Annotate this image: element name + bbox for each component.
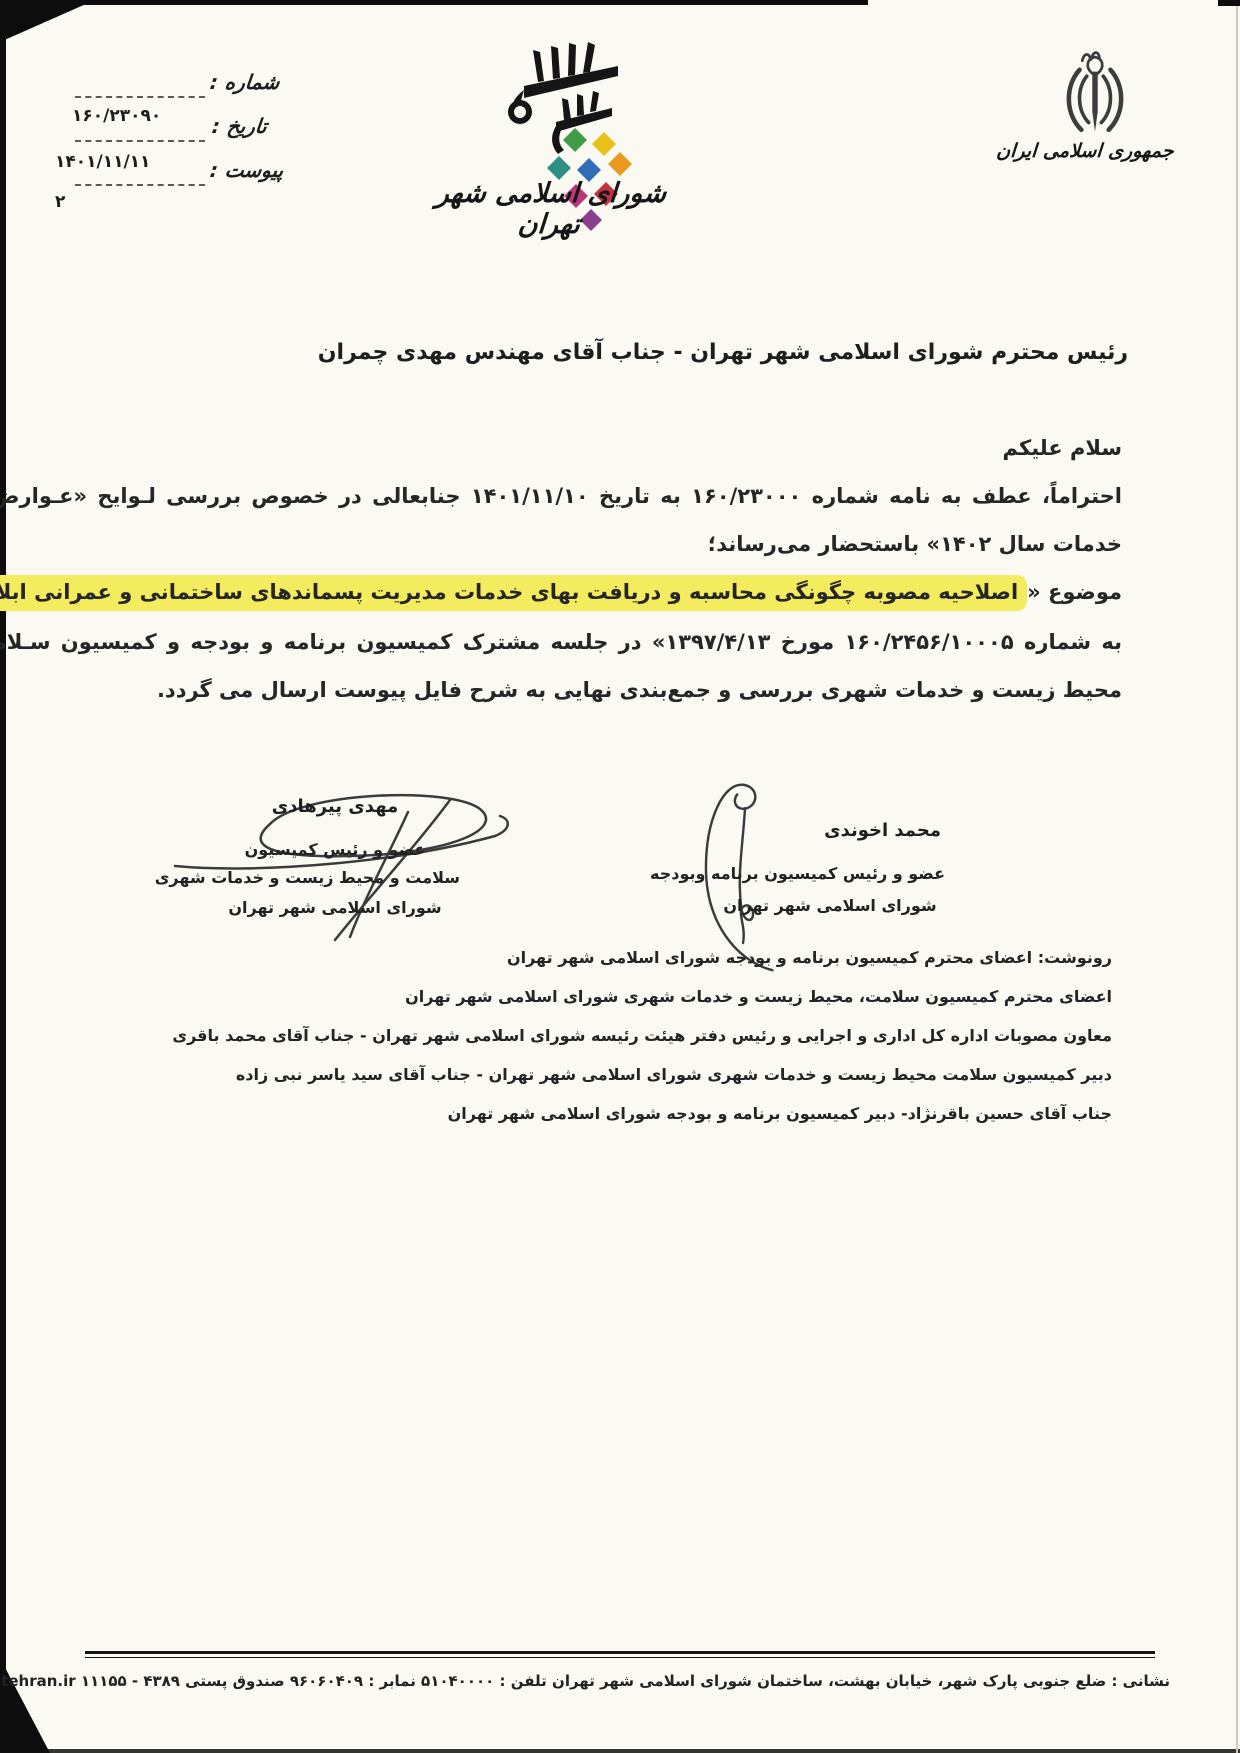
meta-date-value: ۱۴۰۱/۱۱/۱۱	[55, 152, 150, 172]
scan-artifact-right-line	[1236, 0, 1238, 1753]
iran-emblem-icon	[1048, 48, 1142, 148]
meta-date-label: تاریخ :	[211, 114, 268, 138]
letter-salutation: سلام علیکم	[1003, 436, 1122, 460]
letter-paragraph1-line2: خدمات سال ۱۴۰۲» باستحضار می‌رساند؛	[708, 532, 1122, 556]
signature-right-title2: شورای اسلامی شهر تهران	[695, 896, 945, 915]
scan-artifact-bottom-line	[0, 1749, 1240, 1753]
signature-right-name: محمد اخوندی	[695, 820, 945, 841]
signature-left-title3: شورای اسلامی شهر تهران	[210, 898, 460, 917]
signature-left-title2: سلامت و محیط زیست و خدمات شهری	[210, 868, 460, 887]
meta-attachment-dashes	[75, 182, 205, 186]
scan-artifact-left-strip	[0, 0, 6, 1753]
meta-attachment-value: ۲	[55, 192, 65, 212]
cc-line-2: اعضای محترم کمیسیون سلامت، محیط زیست و خ…	[405, 987, 1112, 1006]
cc-line-3: معاون مصوبات اداره کل اداری و اجرایی و ر…	[172, 1026, 1112, 1045]
signature-left-title1: عضو و رئیس کمیسیون	[210, 840, 460, 859]
cc-line-1: رونوشت: اعضای محترم کمیسیون برنامه و بود…	[507, 948, 1112, 967]
meta-number-value: ۱۶۰/۲۳۰۹۰	[72, 106, 161, 126]
footer-address: نشانی : ضلع جنوبی پارک شهر، خیابان بهشت،…	[81, 1672, 1170, 1690]
letter-paragraph1-line1: احتراماً، عطف به نامه شماره ۱۶۰/۲۳۰۰۰ به…	[0, 484, 1122, 508]
scanned-letter-page: شماره : ۱۶۰/۲۳۰۹۰ تاریخ : ۱۴۰۱/۱۱/۱۱ پیو…	[0, 0, 1240, 1753]
footer-address-line: نشانی : ضلع جنوبی پارک شهر، خیابان بهشت،…	[70, 1672, 1170, 1690]
signature-right-title1: عضو و رئیس کمیسیون برنامه وبودجه	[695, 864, 945, 883]
letter-paragraph2-line2: به شماره ۱۶۰/۲۴۵۶/۱۰۰۰۵ مورخ ۱۳۹۷/۴/۱۳» …	[0, 630, 1122, 654]
council-logo-caption: شورای اسلامی شهر تهران	[398, 178, 702, 240]
scan-artifact-top-right-tick	[1218, 0, 1240, 6]
meta-number-dashes	[75, 94, 205, 98]
letter-subject-prefix: موضوع «	[1027, 580, 1122, 604]
footer-divider	[85, 1651, 1155, 1658]
cc-line-4: دبیر کمیسیون سلامت محیط زیست و خدمات شهر…	[236, 1065, 1112, 1084]
iran-emblem-caption: جمهوری اسلامی ایران	[984, 140, 1186, 162]
cc-line-5: جناب آقای حسین باقرنژاد- دبیر کمیسیون بر…	[448, 1104, 1112, 1123]
letter-subject-highlighted-text: اصلاحیه مصوبه چگونگی محاسبه و دریافت بها…	[0, 575, 1027, 611]
letter-addressee: رئیس محترم شورای اسلامی شهر تهران - جناب…	[318, 340, 1128, 365]
letter-paragraph2-line3: محیط زیست و خدمات شهری بررسی و جمع‌بندی …	[157, 678, 1122, 702]
meta-attachment-label: پیوست :	[209, 158, 285, 182]
scan-artifact-top-left-wedge	[0, 0, 95, 42]
meta-date-dashes	[75, 138, 205, 142]
footer-website: www.shoratehran.ir	[0, 1672, 76, 1690]
letter-subject-line: موضوع «اصلاحیه مصوبه چگونگی محاسبه و دری…	[0, 580, 1122, 604]
scan-artifact-top-line	[0, 0, 868, 5]
signature-left-name: مهدی پیرهادی	[210, 796, 460, 817]
meta-number-label: شماره :	[209, 70, 281, 94]
